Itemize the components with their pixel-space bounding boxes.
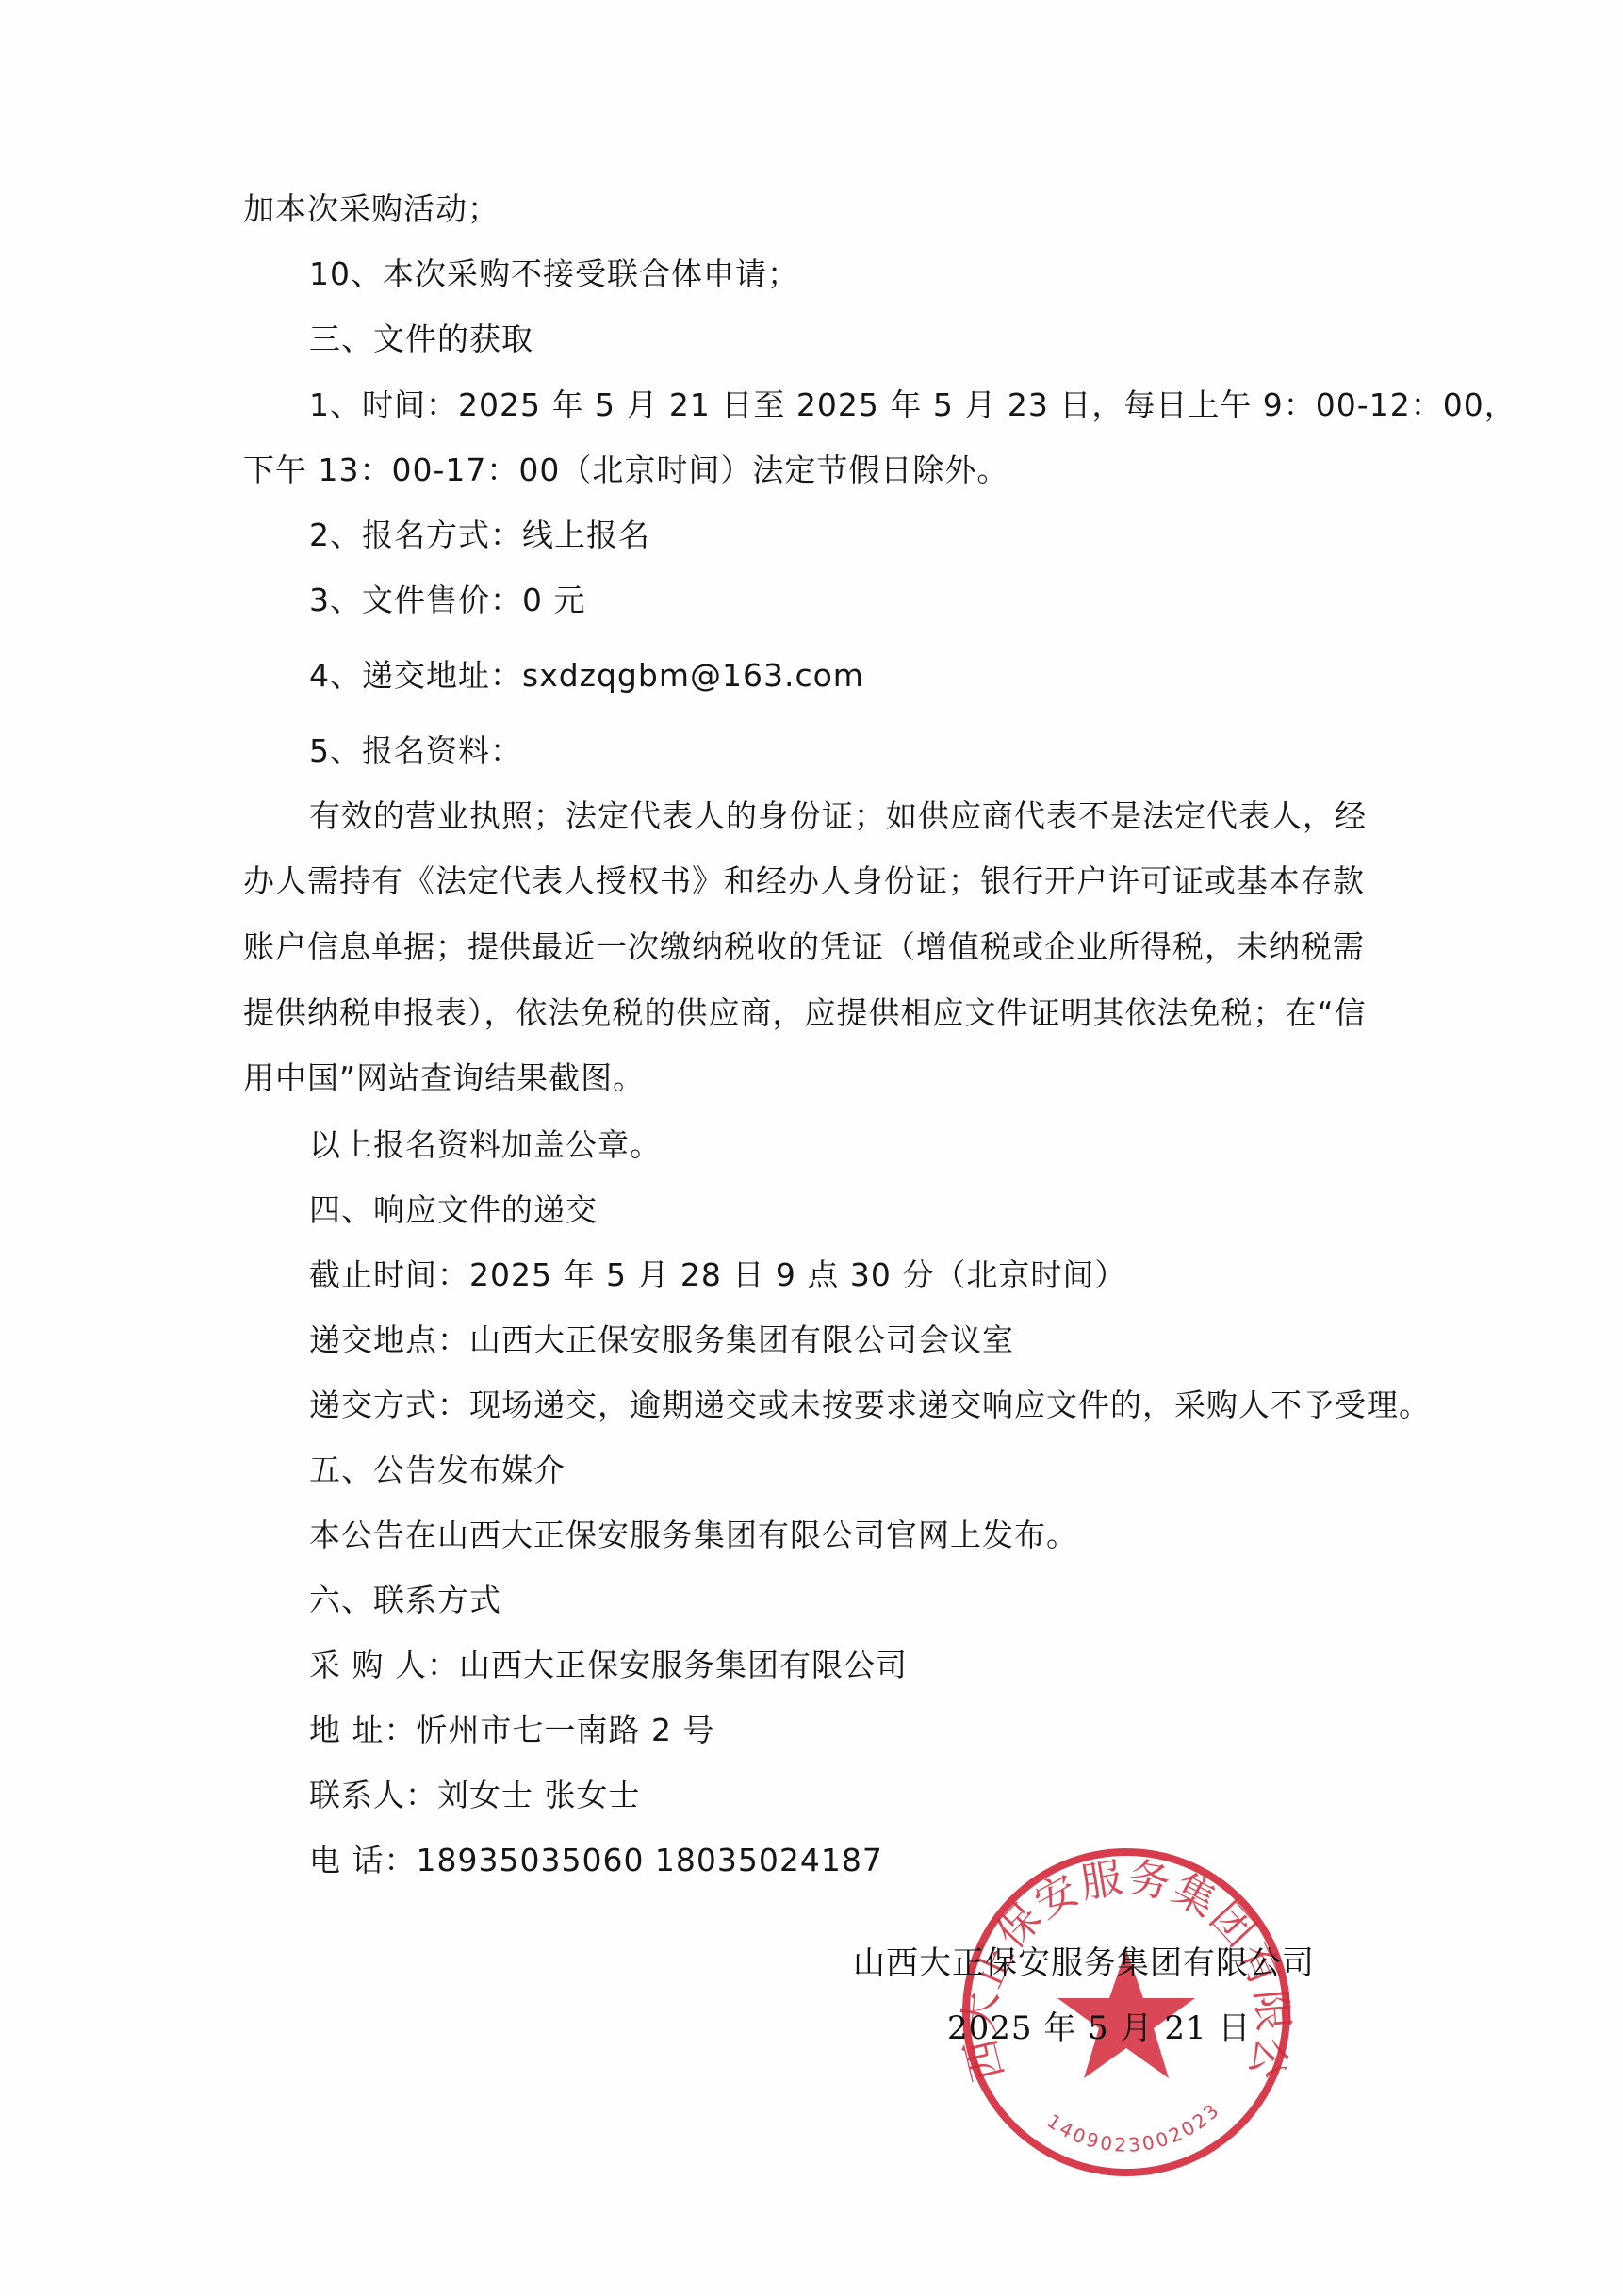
text-line: 办人需持有《法定代表人授权书》和经办人身份证；银行开户许可证或基本存款 [243,862,1365,900]
text-line: 递交地点：山西大正保安服务集团有限公司会议室 [309,1321,1014,1359]
contact-address: 地 址：忻州市七一南路 2 号 [309,1712,714,1749]
text-line: 递交方式：现场递交，逾期递交或未按要求递交响应文件的，采购人不予受理。 [309,1386,1431,1424]
signature-date: 2025 年 5 月 21 日 [947,2009,1251,2047]
contact-person: 联系人：刘女士 张女士 [309,1777,641,1814]
text-line: 截止时间：2025 年 5 月 28 日 9 点 30 分（北京时间） [309,1256,1126,1294]
text-line: 5、报名资料： [309,732,522,770]
contact-buyer: 采 购 人：山西大正保安服务集团有限公司 [309,1647,908,1684]
section-heading: 六、联系方式 [309,1582,501,1619]
contact-phone: 电 话：18935035060 18035024187 [309,1842,883,1879]
section-heading: 五、公告发布媒介 [309,1451,566,1489]
text-line: 账户信息单据；提供最近一次缴纳税收的凭证（增值税或企业所得税，未纳税需 [243,928,1365,966]
svg-text:1409023002023: 1409023002023 [1043,2098,1225,2157]
document-page: 加本次采购活动； 10、本次采购不接受联合体申请； 三、文件的获取 1、时间：2… [0,0,1623,2296]
text-line: 以上报名资料加盖公章。 [309,1126,662,1164]
section-heading: 三、文件的获取 [309,320,533,358]
text-line: 1、时间：2025 年 5 月 21 日至 2025 年 5 月 23 日，每日… [309,386,1516,424]
text-line: 加本次采购活动； [243,190,500,228]
text-line: 用中国”网站查询结果截图。 [243,1059,645,1097]
text-line: 3、文件售价：0 元 [309,582,585,619]
section-heading: 四、响应文件的递交 [309,1191,598,1229]
signature-company: 山西大正保安服务集团有限公司 [853,1944,1315,1982]
text-line: 提供纳税申报表），依法免税的供应商，应提供相应文件证明其依法免税；在“信 [243,994,1367,1032]
text-line: 10、本次采购不接受联合体申请； [309,255,799,293]
email-text: 4、递交地址：sxdzqgbm@163.com [309,657,864,695]
text-line: 有效的营业执照；法定代表人的身份证；如供应商代表不是法定代表人，经 [309,797,1367,835]
text-line: 下午 13：00-17：00（北京时间）法定节假日除外。 [243,451,1008,489]
text-line: 2、报名方式：线上报名 [309,517,650,554]
text-line: 本公告在山西大正保安服务集团有限公司官网上发布。 [309,1517,1078,1554]
